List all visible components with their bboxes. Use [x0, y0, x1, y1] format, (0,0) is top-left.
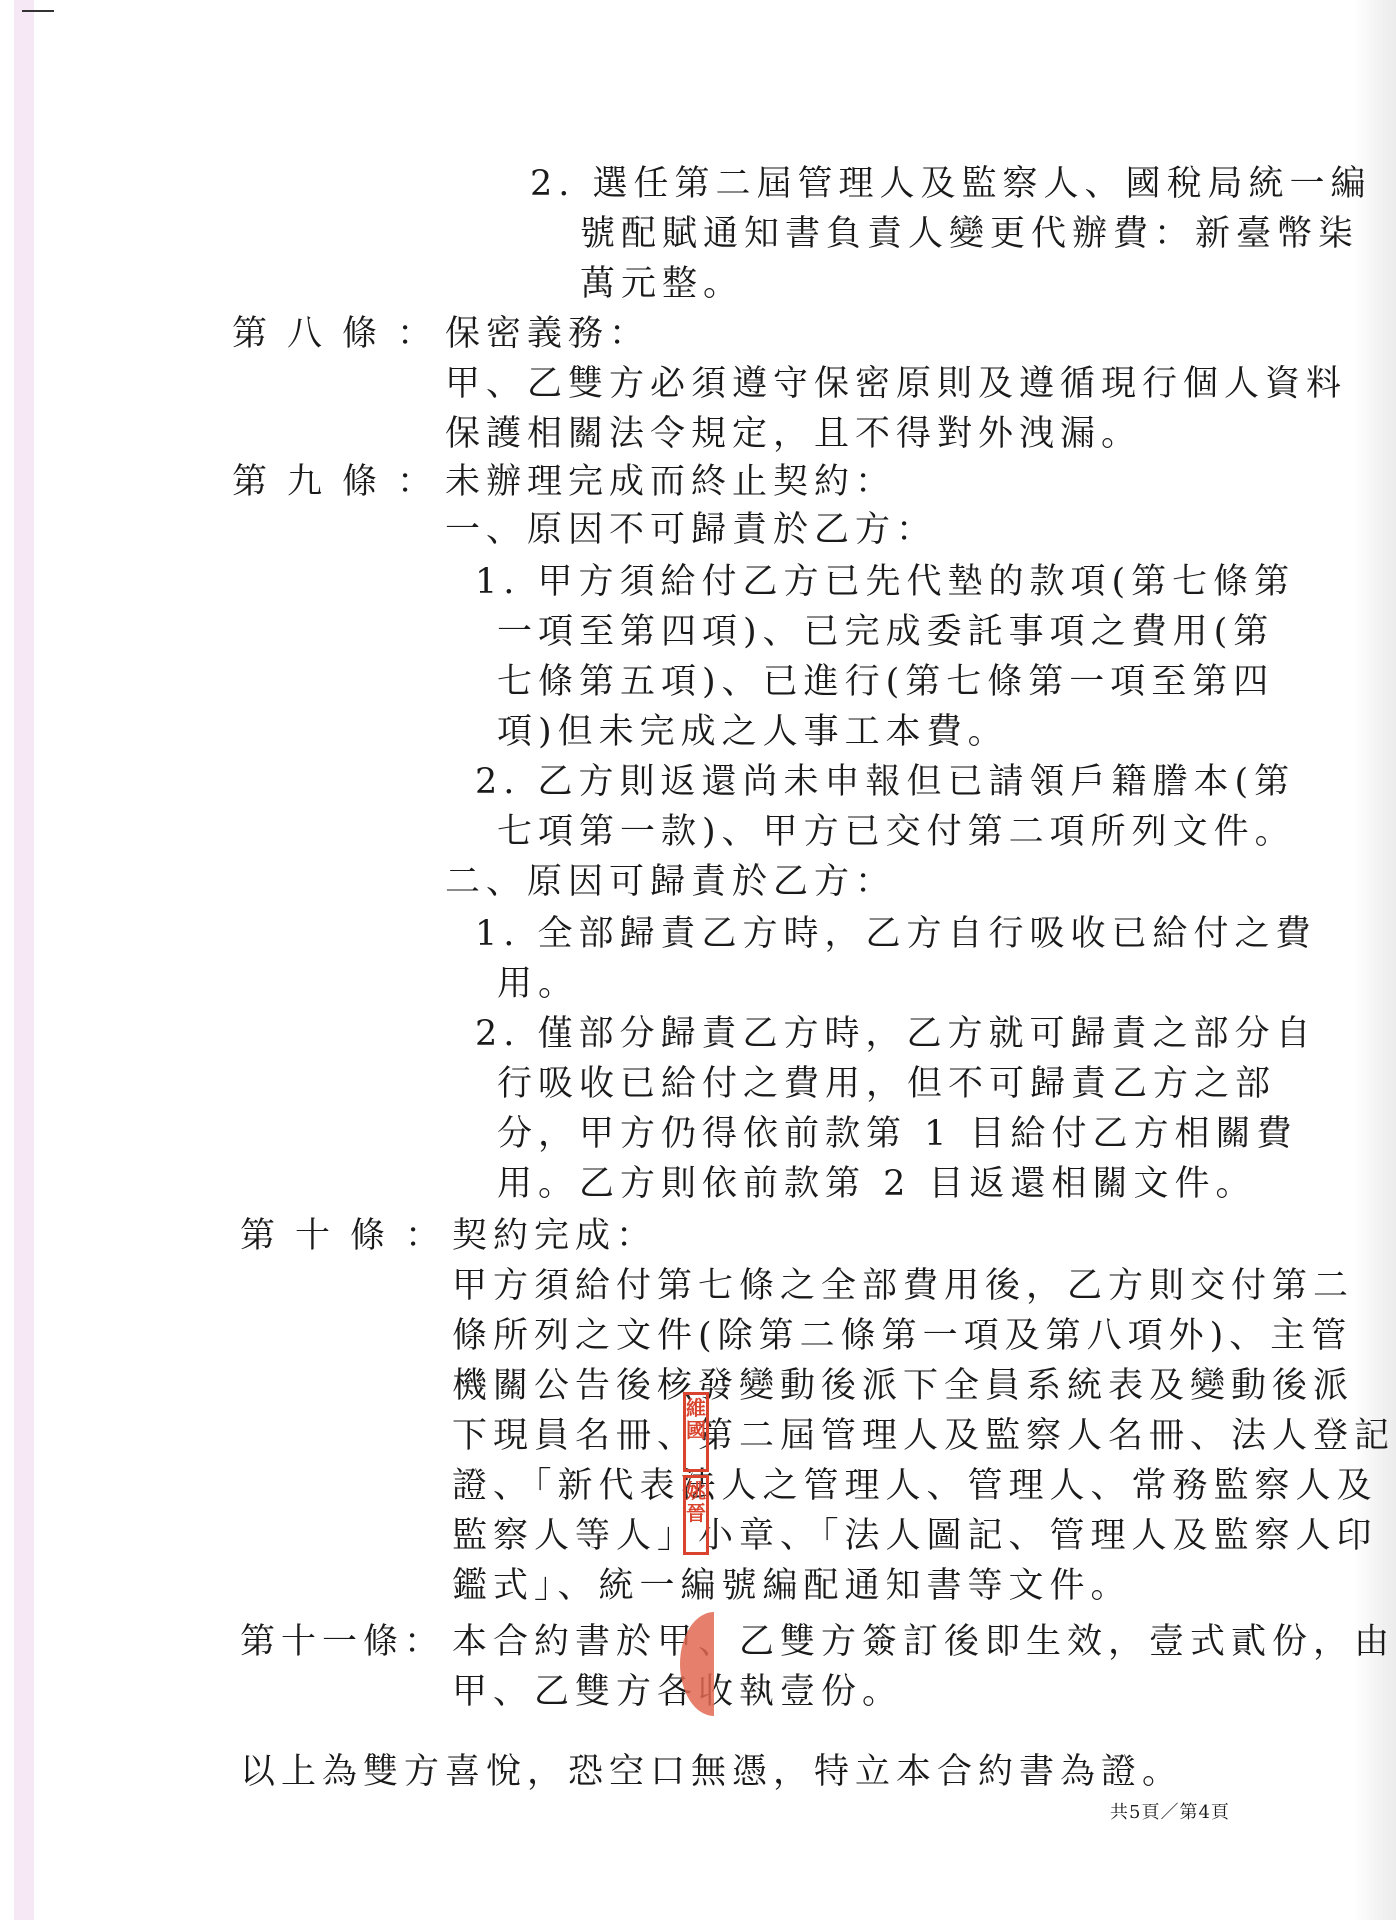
article9-label: 第九條： [232, 460, 452, 504]
article10-line1: 甲方須給付第七條之全部費用後，乙方則交付第二 [452, 1264, 1354, 1308]
closing-statement: 以上為雙方喜悅，恐空口無憑，特立本合約書為證。 [240, 1750, 1183, 1794]
article10-label: 第十條： [240, 1214, 460, 1258]
article10-title: 契約完成： [452, 1214, 657, 1258]
article10-line2: 條所列之文件(除第二條第一項及第八項外)、主管 [452, 1314, 1352, 1358]
article8-title: 保密義務： [445, 312, 650, 356]
page-number: 共5頁／第4頁 [1110, 1798, 1230, 1824]
red-seal-stamp-lower: 姚晉 [683, 1475, 709, 1555]
article10-line5: 證、「新代表法人之管理人、管理人、常務監察人及 [452, 1464, 1378, 1508]
article10-line6: 監察人等人」小章、「法人圖記、管理人及監察人印 [452, 1514, 1378, 1558]
article9-section2-heading: 二、原因可歸責於乙方： [445, 860, 896, 904]
article7-item2-line1: 2. 選任第二屆管理人及監察人、國稅局統一編 [530, 162, 1372, 206]
scan-margin-strip [14, 0, 34, 1920]
article9-s1-item2-line1: 2. 乙方則返還尚未申報但已請領戶籍謄本(第 [475, 760, 1295, 804]
article9-s2-item2-line2: 行吸收已給付之費用，但不可歸責乙方之部 [497, 1062, 1276, 1106]
article7-item2-line2: 號配賦通知書負責人變更代辦費：新臺幣柒 [580, 212, 1359, 256]
article10-line4: 下現員名冊、第二屆管理人及監察人名冊、法人登記 [452, 1414, 1395, 1458]
scan-mark [22, 10, 54, 12]
article10-line3: 機關公告後核發變動後派下全員系統表及變動後派 [452, 1364, 1354, 1408]
article9-s1-item1-line1: 1. 甲方須給付乙方已先代墊的款項(第七條第 [475, 560, 1295, 604]
article7-item2-line3: 萬元整。 [580, 262, 744, 306]
red-seal-stamp-upper: 維國 [683, 1392, 709, 1472]
article9-s1-item1-line2: 一項至第四項)、已完成委託事項之費用(第 [497, 610, 1274, 654]
article9-s2-item2-line1: 2. 僅部分歸責乙方時，乙方就可歸責之部分自 [475, 1012, 1317, 1056]
article9-s2-item1-line2: 用。 [497, 962, 579, 1006]
article9-title: 未辦理完成而終止契約： [445, 460, 896, 504]
article9-section1-heading: 一、原因不可歸責於乙方： [445, 508, 937, 552]
article8-label: 第八條： [232, 312, 452, 356]
article9-s2-item1-line1: 1. 全部歸責乙方時，乙方自行吸收已給付之費 [475, 912, 1317, 956]
article11-line1: 本合約書於甲、乙雙方簽訂後即生效，壹式貳份，由 [452, 1620, 1395, 1664]
article9-s2-item2-line3: 分，甲方仍得依前款第 1 目給付乙方相關費 [497, 1112, 1298, 1156]
article11-label: 第十一條： [240, 1620, 445, 1664]
article10-line7: 鑑式」、統一編號編配通知書等文件。 [452, 1564, 1132, 1608]
article9-s1-item1-line3: 七條第五項)、已進行(第七條第一項至第四 [497, 660, 1274, 704]
article9-s1-item2-line2: 七項第一款)、甲方已交付第二項所列文件。 [497, 810, 1296, 854]
article8-line2: 保護相關法令規定，且不得對外洩漏。 [445, 412, 1142, 456]
article9-s1-item1-line4: 項)但未完成之人事工本費。 [497, 710, 1009, 754]
article11-line2: 甲、乙雙方各收執壹份。 [452, 1670, 903, 1714]
article9-s2-item2-line4: 用。乙方則依前款第 2 目返還相關文件。 [497, 1162, 1257, 1206]
article8-line1: 甲、乙雙方必須遵守保密原則及遵循現行個人資料 [445, 362, 1347, 406]
